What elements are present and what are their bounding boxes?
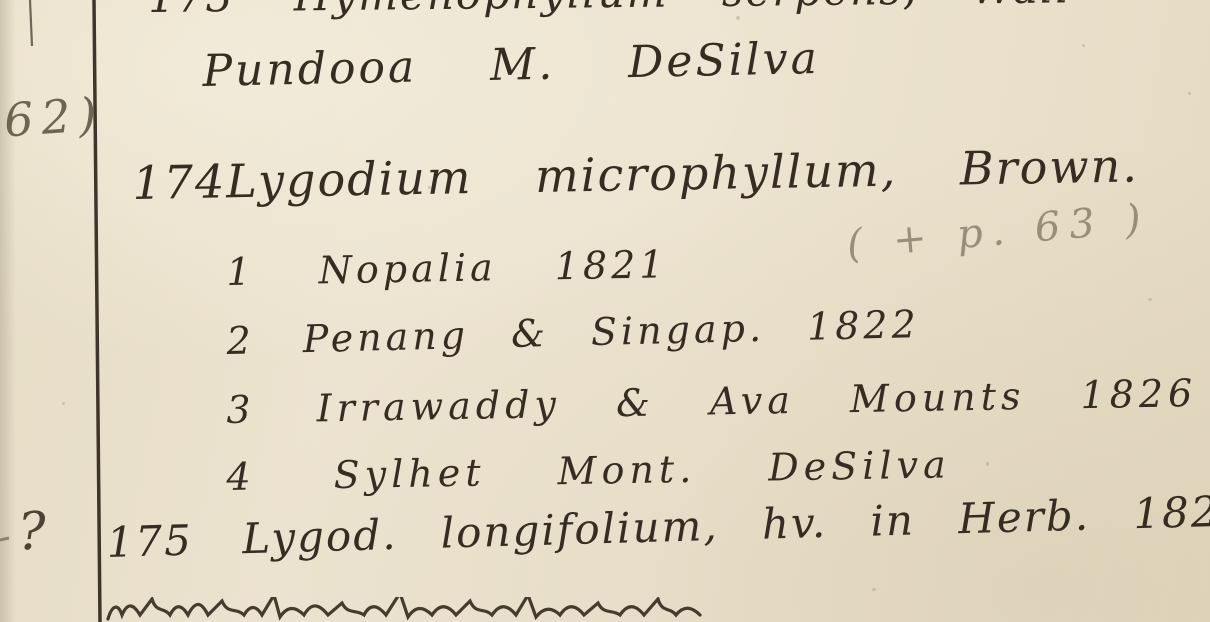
paper-speck <box>428 186 431 189</box>
entry-175-number: 175 <box>106 516 194 567</box>
entry-173-number: 173 <box>148 0 235 22</box>
collection-item-number: 1 <box>226 250 255 294</box>
collection-item-text: Penang & Singap. 1822 <box>302 302 920 361</box>
collection-item-text: Irrawaddy & Ava Mounts 1826 <box>316 371 1197 430</box>
paper-speck <box>1148 298 1152 301</box>
paper-speck <box>736 16 740 20</box>
collection-item-text: Sylhet Mont. DeSilva <box>333 442 951 497</box>
collection-item-number: 2 <box>226 318 255 363</box>
collection-item-4: 4 Sylhet Mont. DeSilva <box>226 442 951 499</box>
collection-item-text: Nopalia 1821 <box>318 242 668 292</box>
entry-174-species-name: Lygodium microphyllum, Brown. <box>226 138 1140 208</box>
collection-item-number: 4 <box>226 454 256 499</box>
collection-item-1: 1 Nopalia 1821 <box>226 242 668 294</box>
paper-speck <box>62 402 65 405</box>
entry-175-species-name: Lygod. longifolium, hv. in Herb. 1823 <box>241 486 1210 563</box>
collection-item-3: 3 Irrawaddy & Ava Mounts 1826 <box>226 371 1198 432</box>
paper-speck <box>872 588 876 591</box>
collection-item-2: 2 Penang & Singap. 1822 <box>226 302 920 363</box>
pencil-page-reference: ( + p. 63 ) <box>845 196 1152 268</box>
entry-174-number: 174 <box>132 154 227 210</box>
partial-handwriting-line <box>104 597 724 622</box>
entry-173-locality-line: Pundooa M. DeSilva <box>202 33 820 97</box>
collection-item-number: 3 <box>226 387 256 432</box>
entry-173-species-name: Hymenophyllum serpens, Wall <box>294 0 1072 20</box>
paper-speck <box>986 462 989 466</box>
entry-174-line: 174Lygodium microphyllum, Brown. <box>132 138 1139 210</box>
paper-speck <box>1082 44 1085 47</box>
margin-query-mark: ? <box>17 502 47 563</box>
paper-speck <box>1188 92 1191 95</box>
entry-173-line: 173 Hymenophyllum serpens, Wall <box>148 0 1071 22</box>
entry-175-line: 175 Lygod. longifolium, hv. in Herb. 182… <box>106 486 1210 567</box>
manuscript-page: 173 Hymenophyllum serpens, Wall Pundooa … <box>0 0 1210 622</box>
margin-page-number: 62) <box>2 87 106 148</box>
